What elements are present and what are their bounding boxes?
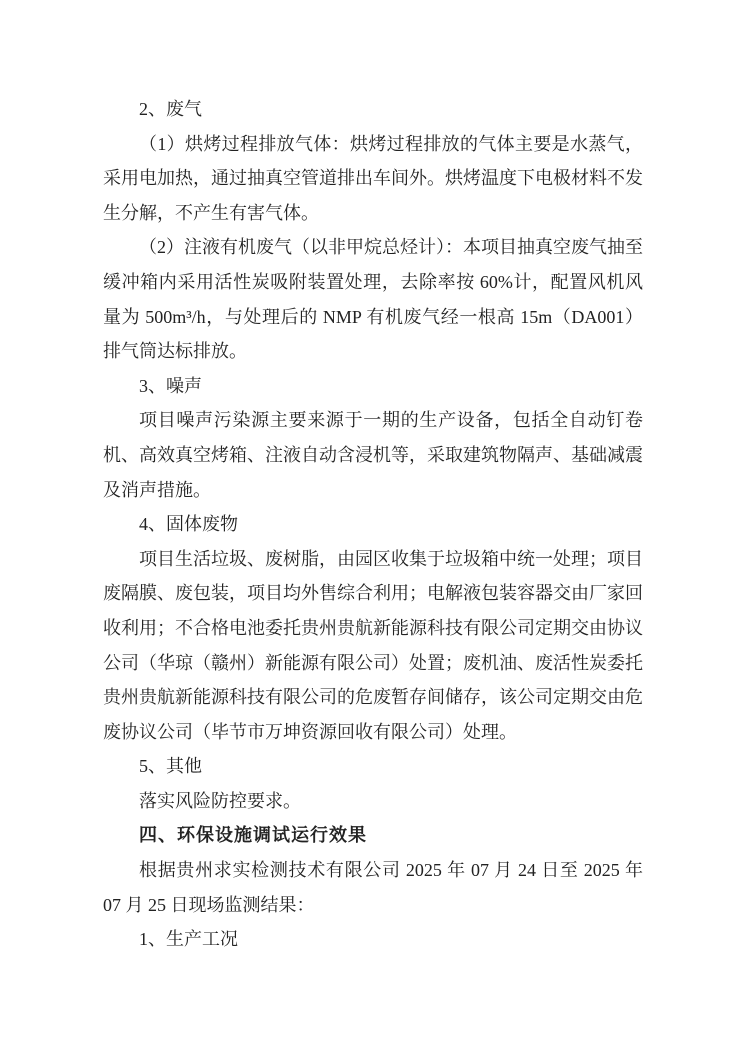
para-noise-sources: 项目噪声污染源主要来源于一期的生产设备，包括全自动钉卷机、高效真空烤箱、注液自动…	[103, 403, 643, 507]
document-page: 2、废气 （1）烘烤过程排放气体：烘烤过程排放的气体主要是水蒸气，采用电加热，通…	[0, 0, 740, 1047]
para-monitoring-basis: 根据贵州求实检测技术有限公司 2025 年 07 月 24 日至 2025 年 …	[103, 853, 643, 922]
item-5-other-title: 5、其他	[103, 749, 643, 784]
para-solid-waste-disposal: 项目生活垃圾、废树脂，由园区收集于垃圾箱中统一处理；项目废隔膜、废包装，项目均外…	[103, 542, 643, 750]
para-injection-organic-waste-gas: （2）注液有机废气（以非甲烷总烃计）：本项目抽真空废气抽至缓冲箱内采用活性炭吸附…	[103, 230, 643, 368]
section-4-heading: 四、环保设施调试运行效果	[103, 818, 643, 853]
document-body: 2、废气 （1）烘烤过程排放气体：烘烤过程排放的气体主要是水蒸气，采用电加热，通…	[103, 92, 643, 957]
para-baking-exhaust: （1）烘烤过程排放气体：烘烤过程排放的气体主要是水蒸气，采用电加热，通过抽真空管…	[103, 127, 643, 231]
item-4-solid-waste-title: 4、固体废物	[103, 507, 643, 542]
item-1-production-condition-title: 1、生产工况	[103, 922, 643, 957]
para-risk-control: 落实风险防控要求。	[103, 784, 643, 819]
item-3-noise-title: 3、噪声	[103, 369, 643, 404]
item-2-waste-gas-title: 2、废气	[103, 92, 643, 127]
